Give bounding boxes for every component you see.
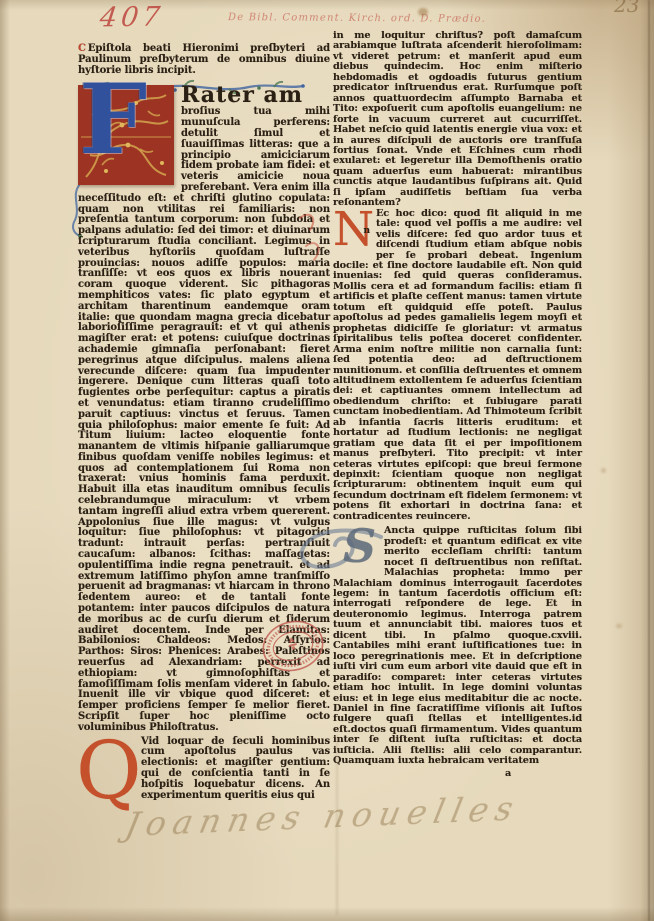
paragraph-mark: C	[78, 43, 86, 54]
pen-flourish-initial-S: S	[333, 527, 381, 573]
signature-mark: a	[333, 769, 582, 779]
guide-letter-n: n	[364, 226, 370, 236]
paragraph-2-text: Vid loquar de ſeculi hominibus cum apoſt…	[141, 736, 330, 801]
paragraph-continuation: in me loquitur chriſtus? poſt damaſcum a…	[333, 31, 582, 209]
illuminated-initial-F: F	[78, 85, 174, 185]
rubricated-initial-Q: Q	[78, 739, 138, 803]
foxing-spot	[616, 624, 622, 628]
foxing-spot	[418, 8, 428, 16]
foxing-spot	[205, 768, 214, 774]
paragraph-1-text: in me loquitur chriſtus? poſt damaſcum a…	[333, 30, 582, 208]
page-edge	[648, 0, 650, 921]
right-text-column: in me loquitur chriſtus? poſt damaſcum a…	[333, 31, 582, 779]
initial-letter-F: F	[79, 72, 147, 168]
foxing-spot	[508, 252, 513, 256]
rubricated-initial-N: Nn	[333, 210, 373, 254]
foxing-spot	[572, 140, 578, 145]
paragraph-sancta-rusticitas: S Ancta quippe ruſticitas ſolum ſibi pro…	[333, 526, 582, 766]
shelf-mark-red-ink: 407	[98, 1, 166, 33]
red-marginal-pen-marks	[294, 208, 328, 274]
paper-crease	[336, 735, 338, 915]
foxing-spot	[601, 468, 606, 473]
red-ink-note: De Bibl. Comment. Kirch. ord. D. Prædio.	[228, 12, 486, 25]
folio-number: 23	[614, 0, 639, 17]
paragraph-quid-loquar: QVid loquar de ſeculi hominibus cum apoſ…	[78, 737, 330, 802]
left-text-column: CEpiſtola beati Hieronimi preſbyteri ad …	[78, 44, 330, 803]
manuscript-page-scan: 407 De Bibl. Comment. Kirch. ord. D. Præ…	[0, 0, 654, 921]
paragraph-nec-hoc-dico: NnEc hoc dico: quod ſit aliquid in me ta…	[333, 209, 582, 523]
